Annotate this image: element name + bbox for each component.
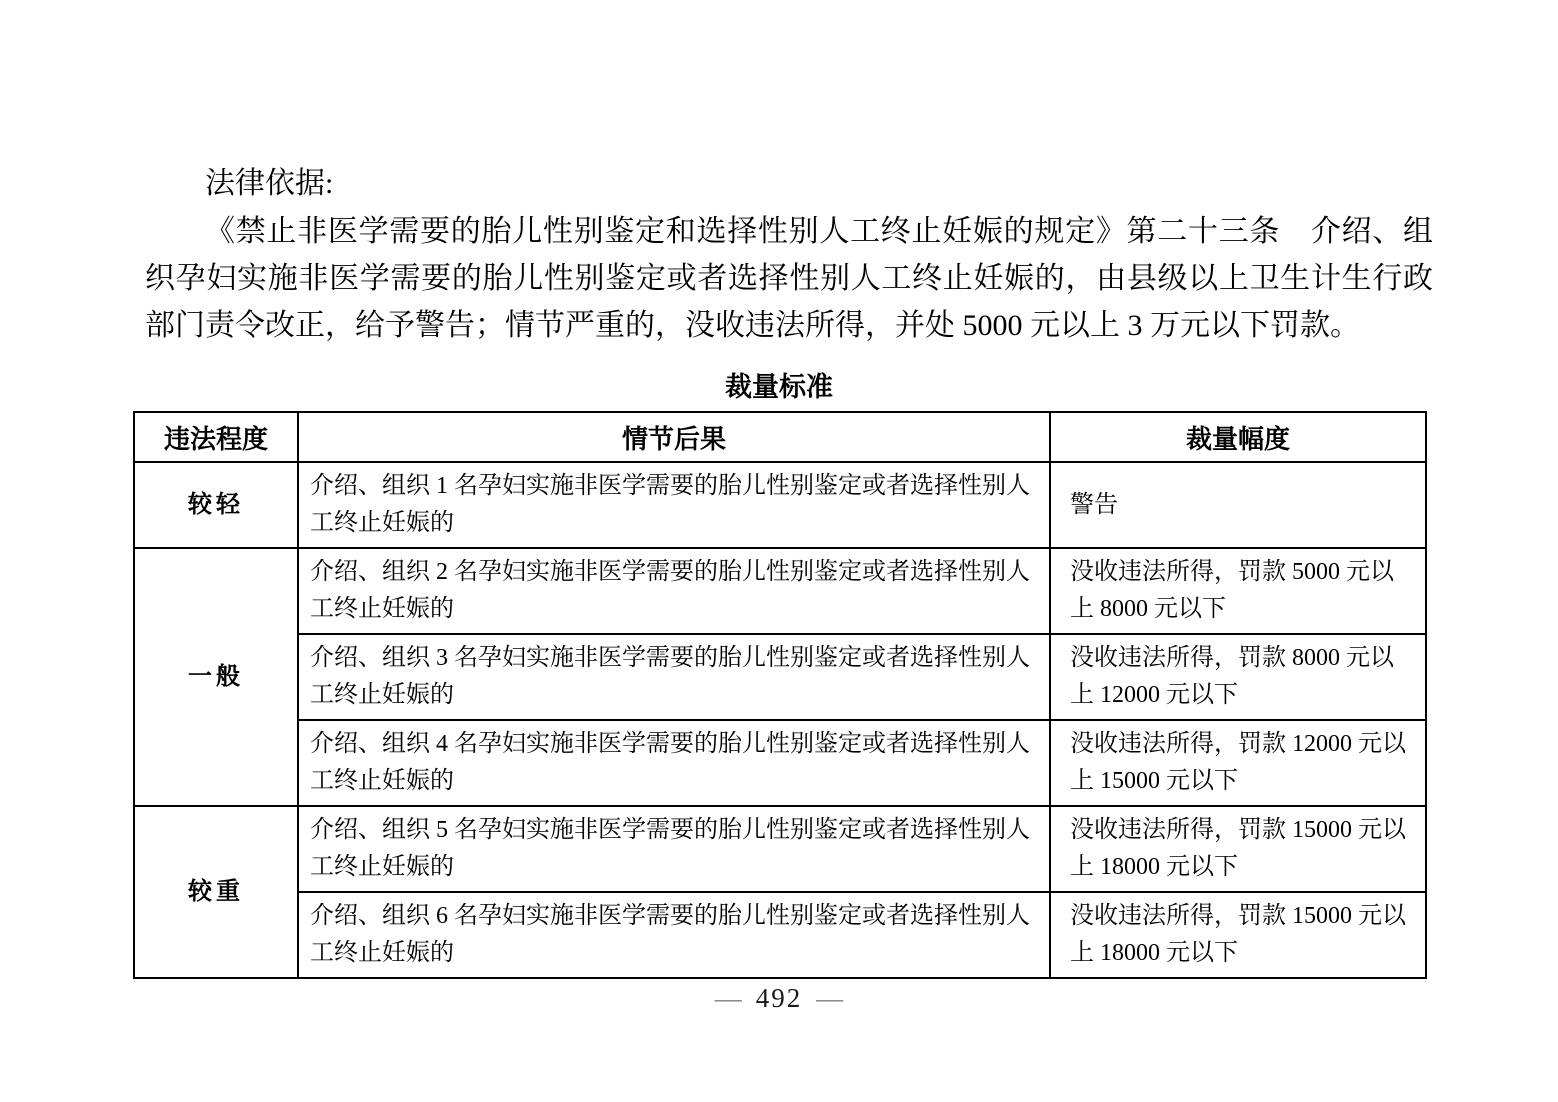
table-row: 较轻 介绍、组织 1 名孕妇实施非医学需要的胎儿性别鉴定或者选择性别人工终止妊娠… bbox=[134, 462, 1426, 548]
degree-label-general: 一般 bbox=[134, 548, 298, 806]
range-cell: 警告 bbox=[1050, 462, 1426, 548]
degree-label-light: 较轻 bbox=[134, 462, 298, 548]
document-page: 法律依据: 《禁止非医学需要的胎儿性别鉴定和选择性别人工终止妊娠的规定》第二十三… bbox=[0, 0, 1558, 1102]
header-degree: 违法程度 bbox=[134, 412, 298, 462]
footer-right-dash: — bbox=[816, 983, 843, 1013]
circumstance-cell: 介绍、组织 2 名孕妇实施非医学需要的胎儿性别鉴定或者选择性别人工终止妊娠的 bbox=[298, 548, 1050, 634]
discretion-standards-table: 违法程度 情节后果 裁量幅度 较轻 介绍、组织 1 名孕妇实施非医学需要的胎儿性… bbox=[133, 411, 1427, 979]
circumstance-cell: 介绍、组织 1 名孕妇实施非医学需要的胎儿性别鉴定或者选择性别人工终止妊娠的 bbox=[298, 462, 1050, 548]
table-row: 介绍、组织 4 名孕妇实施非医学需要的胎儿性别鉴定或者选择性别人工终止妊娠的 没… bbox=[134, 720, 1426, 806]
page-number: 492 bbox=[756, 983, 803, 1013]
header-circumstance: 情节后果 bbox=[298, 412, 1050, 462]
table-row: 较重 介绍、组织 5 名孕妇实施非医学需要的胎儿性别鉴定或者选择性别人工终止妊娠… bbox=[134, 806, 1426, 892]
footer-left-dash: — bbox=[715, 983, 742, 1013]
circumstance-cell: 介绍、组织 3 名孕妇实施非医学需要的胎儿性别鉴定或者选择性别人工终止妊娠的 bbox=[298, 634, 1050, 720]
range-cell: 没收违法所得，罚款 15000 元以上 18000 元以下 bbox=[1050, 806, 1426, 892]
range-cell: 没收违法所得，罚款 5000 元以上 8000 元以下 bbox=[1050, 548, 1426, 634]
legal-basis-paragraph: 《禁止非医学需要的胎儿性别鉴定和选择性别人工终止妊娠的规定》第二十三条 介绍、组… bbox=[145, 208, 1433, 349]
table-row: 一般 介绍、组织 2 名孕妇实施非医学需要的胎儿性别鉴定或者选择性别人工终止妊娠… bbox=[134, 548, 1426, 634]
range-cell: 没收违法所得，罚款 15000 元以上 18000 元以下 bbox=[1050, 892, 1426, 978]
document-content: 法律依据: 《禁止非医学需要的胎儿性别鉴定和选择性别人工终止妊娠的规定》第二十三… bbox=[133, 160, 1425, 979]
degree-label-heavy: 较重 bbox=[134, 806, 298, 978]
header-range: 裁量幅度 bbox=[1050, 412, 1426, 462]
table-row: 介绍、组织 3 名孕妇实施非医学需要的胎儿性别鉴定或者选择性别人工终止妊娠的 没… bbox=[134, 634, 1426, 720]
table-title: 裁量标准 bbox=[133, 365, 1425, 404]
circumstance-cell: 介绍、组织 5 名孕妇实施非医学需要的胎儿性别鉴定或者选择性别人工终止妊娠的 bbox=[298, 806, 1050, 892]
legal-basis-heading: 法律依据: bbox=[133, 160, 1425, 208]
circumstance-cell: 介绍、组织 6 名孕妇实施非医学需要的胎儿性别鉴定或者选择性别人工终止妊娠的 bbox=[298, 892, 1050, 978]
range-cell: 没收违法所得，罚款 8000 元以上 12000 元以下 bbox=[1050, 634, 1426, 720]
range-cell: 没收违法所得，罚款 12000 元以上 15000 元以下 bbox=[1050, 720, 1426, 806]
circumstance-cell: 介绍、组织 4 名孕妇实施非医学需要的胎儿性别鉴定或者选择性别人工终止妊娠的 bbox=[298, 720, 1050, 806]
page-footer: —492— bbox=[0, 983, 1558, 1014]
table-row: 介绍、组织 6 名孕妇实施非医学需要的胎儿性别鉴定或者选择性别人工终止妊娠的 没… bbox=[134, 892, 1426, 978]
table-header-row: 违法程度 情节后果 裁量幅度 bbox=[134, 412, 1426, 462]
